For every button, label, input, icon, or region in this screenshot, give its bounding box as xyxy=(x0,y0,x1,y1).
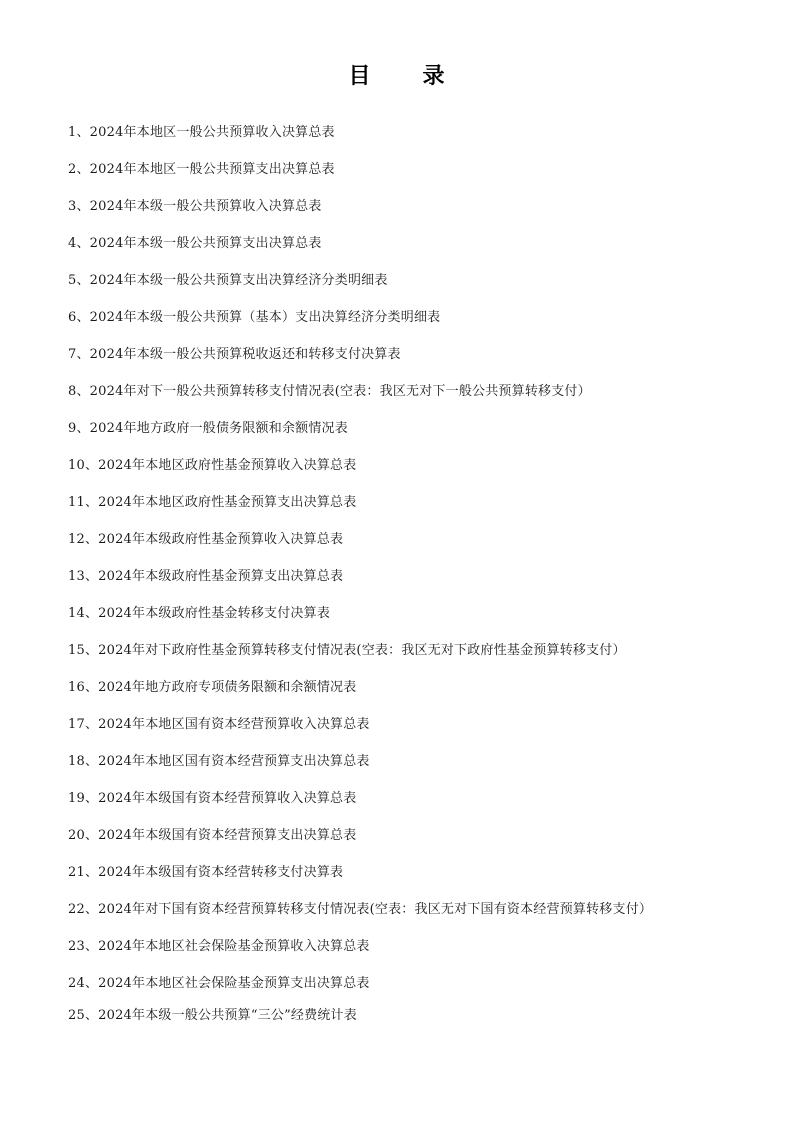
toc-item[interactable]: 16、2024年地方政府专项债务限额和余额情况表 xyxy=(68,677,652,714)
toc-item[interactable]: 20、2024年本级国有资本经营预算支出决算总表 xyxy=(68,825,652,862)
toc-item[interactable]: 17、2024年本地区国有资本经营预算收入决算总表 xyxy=(68,714,652,751)
toc-item[interactable]: 5、2024年本级一般公共预算支出决算经济分类明细表 xyxy=(68,270,652,307)
toc-item[interactable]: 4、2024年本级一般公共预算支出决算总表 xyxy=(68,233,652,270)
toc-item-label[interactable]: 15、2024年对下政府性基金预算转移支付情况表(空表：我区无对下政府性基金预算… xyxy=(68,643,626,658)
toc-item-label[interactable]: 9、2024年地方政府一般债务限额和余额情况表 xyxy=(68,421,348,436)
toc-item-label[interactable]: 10、2024年本地区政府性基金预算收入决算总表 xyxy=(68,458,356,473)
toc-item-label[interactable]: 8、2024年对下一般公共预算转移支付情况表(空表：我区无对下一般公共预算转移支… xyxy=(68,384,591,399)
toc-item[interactable]: 12、2024年本级政府性基金预算收入决算总表 xyxy=(68,529,652,566)
toc-item[interactable]: 13、2024年本级政府性基金预算支出决算总表 xyxy=(68,566,652,603)
toc-item[interactable]: 10、2024年本地区政府性基金预算收入决算总表 xyxy=(68,455,652,492)
toc-item[interactable]: 15、2024年对下政府性基金预算转移支付情况表(空表：我区无对下政府性基金预算… xyxy=(68,640,652,677)
toc-item[interactable]: 11、2024年本地区政府性基金预算支出决算总表 xyxy=(68,492,652,529)
toc-item-label[interactable]: 1、2024年本地区一般公共预算收入决算总表 xyxy=(68,125,335,140)
toc-item-label[interactable]: 2、2024年本地区一般公共预算支出决算总表 xyxy=(68,162,335,177)
toc-item[interactable]: 21、2024年本级国有资本经营转移支付决算表 xyxy=(68,862,652,899)
toc-item[interactable]: 6、2024年本级一般公共预算（基本）支出决算经济分类明细表 xyxy=(68,307,652,344)
table-of-contents: 1、2024年本地区一般公共预算收入决算总表 2、2024年本地区一般公共预算支… xyxy=(68,122,652,1042)
toc-item-label[interactable]: 4、2024年本级一般公共预算支出决算总表 xyxy=(68,236,322,251)
toc-item-label[interactable]: 22、2024年对下国有资本经营预算转移支付情况表(空表：我区无对下国有资本经营… xyxy=(68,902,652,917)
toc-item-label[interactable]: 5、2024年本级一般公共预算支出决算经济分类明细表 xyxy=(68,273,388,288)
toc-item-label[interactable]: 6、2024年本级一般公共预算（基本）支出决算经济分类明细表 xyxy=(68,310,440,325)
toc-item[interactable]: 25、2024年本级一般公共预算“三公”经费统计表 xyxy=(68,1005,652,1042)
toc-item[interactable]: 22、2024年对下国有资本经营预算转移支付情况表(空表：我区无对下国有资本经营… xyxy=(68,899,652,936)
toc-item-label[interactable]: 23、2024年本地区社会保险基金预算收入决算总表 xyxy=(68,939,370,954)
toc-item-label[interactable]: 14、2024年本级政府性基金转移支付决算表 xyxy=(68,606,330,621)
toc-item[interactable]: 7、2024年本级一般公共预算税收返还和转移支付决算表 xyxy=(68,344,652,381)
toc-item-label[interactable]: 25、2024年本级一般公共预算“三公”经费统计表 xyxy=(68,1008,357,1023)
toc-item-label[interactable]: 18、2024年本地区国有资本经营预算支出决算总表 xyxy=(68,754,370,769)
page-title: 目录 xyxy=(0,62,793,92)
toc-item[interactable]: 14、2024年本级政府性基金转移支付决算表 xyxy=(68,603,652,640)
toc-item[interactable]: 24、2024年本地区社会保险基金预算支出决算总表 xyxy=(68,973,652,1005)
toc-item-label[interactable]: 16、2024年地方政府专项债务限额和余额情况表 xyxy=(68,680,356,695)
title-char-1: 目 xyxy=(348,64,370,89)
title-char-2: 录 xyxy=(423,64,445,89)
toc-item-label[interactable]: 17、2024年本地区国有资本经营预算收入决算总表 xyxy=(68,717,370,732)
toc-item[interactable]: 8、2024年对下一般公共预算转移支付情况表(空表：我区无对下一般公共预算转移支… xyxy=(68,381,652,418)
toc-item[interactable]: 23、2024年本地区社会保险基金预算收入决算总表 xyxy=(68,936,652,973)
toc-item-label[interactable]: 3、2024年本级一般公共预算收入决算总表 xyxy=(68,199,322,214)
toc-item-label[interactable]: 13、2024年本级政府性基金预算支出决算总表 xyxy=(68,569,343,584)
toc-item[interactable]: 19、2024年本级国有资本经营预算收入决算总表 xyxy=(68,788,652,825)
toc-item[interactable]: 1、2024年本地区一般公共预算收入决算总表 xyxy=(68,122,652,159)
toc-item-label[interactable]: 20、2024年本级国有资本经营预算支出决算总表 xyxy=(68,828,356,843)
toc-item-label[interactable]: 7、2024年本级一般公共预算税收返还和转移支付决算表 xyxy=(68,347,401,362)
toc-item-label[interactable]: 19、2024年本级国有资本经营预算收入决算总表 xyxy=(68,791,356,806)
toc-item[interactable]: 3、2024年本级一般公共预算收入决算总表 xyxy=(68,196,652,233)
toc-item[interactable]: 2、2024年本地区一般公共预算支出决算总表 xyxy=(68,159,652,196)
toc-item-label[interactable]: 12、2024年本级政府性基金预算收入决算总表 xyxy=(68,532,343,547)
toc-item[interactable]: 18、2024年本地区国有资本经营预算支出决算总表 xyxy=(68,751,652,788)
toc-item[interactable]: 9、2024年地方政府一般债务限额和余额情况表 xyxy=(68,418,652,455)
toc-item-label[interactable]: 24、2024年本地区社会保险基金预算支出决算总表 xyxy=(68,976,370,991)
toc-item-label[interactable]: 21、2024年本级国有资本经营转移支付决算表 xyxy=(68,865,343,880)
toc-item-label[interactable]: 11、2024年本地区政府性基金预算支出决算总表 xyxy=(68,495,356,510)
